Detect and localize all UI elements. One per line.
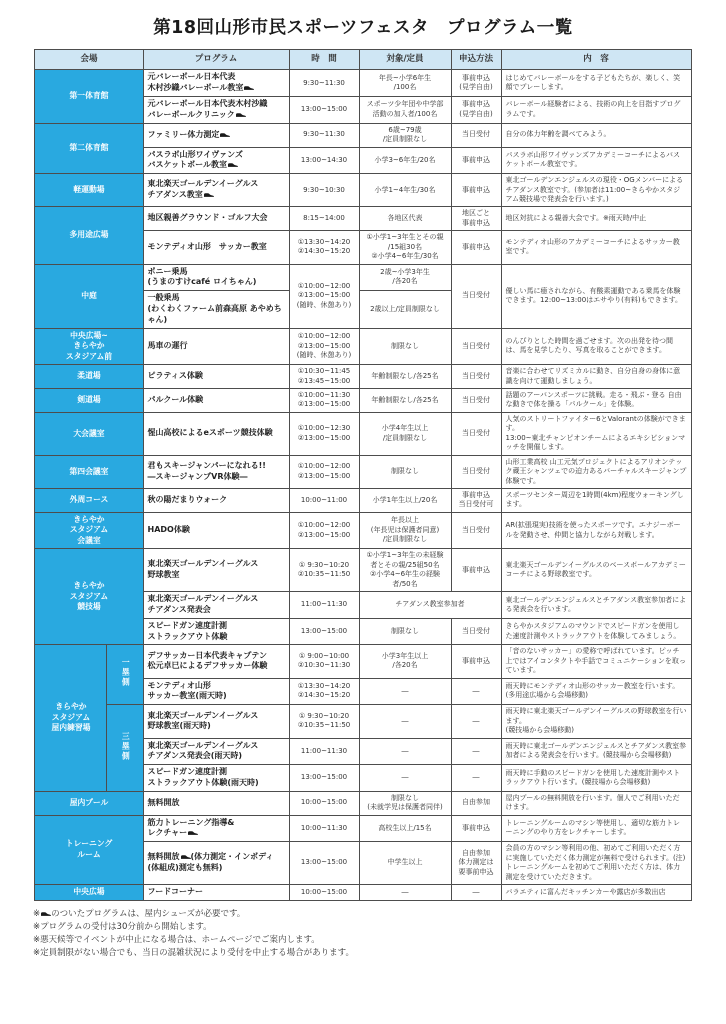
apply-cell: 当日受付 xyxy=(451,365,501,389)
target-cell: ― xyxy=(359,765,451,792)
column-header-1: プログラム xyxy=(143,50,289,70)
target-cell: 小学3年生以上/各20名 xyxy=(359,645,451,678)
program-cell: スピードガン速度計測ストラックアウト体験 xyxy=(143,618,289,645)
apply-cell: 事前申込(見学自由) xyxy=(451,97,501,124)
program-cell: ピラティス体験 xyxy=(143,365,289,389)
target-cell: 年長~小学6年生/100名 xyxy=(359,70,451,97)
time-cell: 11:00~11:30 xyxy=(289,738,359,765)
program-sheet: 第18回山形市民スポーツフェスタ プログラム一覧 会場プログラム時 間対象/定員… xyxy=(0,0,726,1024)
content-cell: 人気のストリートファイター6とValorantの体験ができます。13:00~東北… xyxy=(501,412,691,455)
venue-cell: 屋内プール xyxy=(35,791,143,815)
table-row: 中央広場~きらやかスタジアム前馬車の運行①10:00~12:00②13:00~1… xyxy=(35,328,691,365)
content-cell: 「音のないサッカー」の愛称で呼ばれています。ピッチ上ではアイコンタクトや手話でコ… xyxy=(501,645,691,678)
column-header-2: 時 間 xyxy=(289,50,359,70)
target-cell: 小学1年生以上/20名 xyxy=(359,488,451,512)
target-cell: 年齢制限なし/各25名 xyxy=(359,365,451,389)
content-cell: 東北楽天ゴールデンイーグルスのベースボールアカデミーコーチによる野球教室です。 xyxy=(501,549,691,592)
content-cell: 東北ゴールデンエンジェルスの現役・OGメンバーによるチアダンス教室です。(参加者… xyxy=(501,174,691,207)
time-cell: 8:15~14:00 xyxy=(289,207,359,231)
program-cell: 無料開放(体力測定・インボディ(体組成)測定も無料) xyxy=(143,842,289,885)
indoor-shoe-icon xyxy=(220,131,230,137)
venue-cell: きらやかスタジアム競技場 xyxy=(35,549,143,645)
sub-cell: 三塁側 xyxy=(107,705,143,792)
time-cell: 13:00~15:00 xyxy=(289,618,359,645)
program-cell: ファミリー体力測定 xyxy=(143,123,289,147)
apply-cell: 当日受付 xyxy=(451,412,501,455)
time-cell: 10:00~11:00 xyxy=(289,488,359,512)
program-cell: 筋力トレーニング指導&レクチャー xyxy=(143,815,289,842)
content-cell: AR(拡張現実)技術を使ったスポーツです。エナジーボールを発動させ、仲間と協力し… xyxy=(501,512,691,549)
content-cell: 山形工業高校 山工元気プロジェクトによるアリオンテック蔵王シャンツェでの迫力ある… xyxy=(501,455,691,488)
program-cell: フードコーナー xyxy=(143,884,289,900)
program-cell: 馬車の運行 xyxy=(143,328,289,365)
table-row: トレーニングルーム筋力トレーニング指導&レクチャー10:00~11:30高校生以… xyxy=(35,815,691,842)
target-cell: 制限なし(未就学児は保護者同伴) xyxy=(359,791,451,815)
target-cell: 年長以上(年長児は保護者同意)/定員制限なし xyxy=(359,512,451,549)
footnote-4: ※定員制限がない場合でも、当日の混雑状況により受付を中止する場合があります。 xyxy=(33,947,693,960)
content-cell: 雨天時に東北楽天ゴールデンイーグルスの野球教室を行います。(競技場から会場移動) xyxy=(501,705,691,738)
program-table: 会場プログラム時 間対象/定員申込方法内 容 第一体育館元バレーボール日本代表木… xyxy=(34,49,691,901)
time-cell: ①10:00~11:30②13:00~15:00 xyxy=(289,389,359,413)
program-cell: モンテディオ山形 サッカー教室 xyxy=(143,231,289,264)
table-row: 三塁側東北楽天ゴールデンイーグルス野球教室(雨天時)① 9:30~10:20②1… xyxy=(35,705,691,738)
target-cell: チアダンス教室参加者 xyxy=(359,592,501,619)
time-cell: 13:00~15:00 xyxy=(289,97,359,124)
venue-cell: 柔道場 xyxy=(35,365,143,389)
program-cell: モンテディオ山形サッカー教室(雨天時) xyxy=(143,678,289,705)
target-cell: 小学1~4年生/30名 xyxy=(359,174,451,207)
content-cell: 雨天時に東北ゴールデンエンジェルスとチアダンス教室参加者による発表会を行います。… xyxy=(501,738,691,765)
apply-cell: 事前申込 xyxy=(451,231,501,264)
time-cell: ①10:30~11:45②13:45~15:00 xyxy=(289,365,359,389)
apply-cell: 当日受付 xyxy=(451,328,501,365)
content-cell: 雨天時にモンテディオ山形のサッカー教室を行います。(多用途広場から会場移動) xyxy=(501,678,691,705)
apply-cell: 地区ごと事前申込 xyxy=(451,207,501,231)
time-cell: 11:00~11:30 xyxy=(289,592,359,619)
apply-cell: 当日受付 xyxy=(451,618,501,645)
table-row: 柔道場ピラティス体験①10:30~11:45②13:45~15:00年齢制限なし… xyxy=(35,365,691,389)
program-cell: 惺山高校によるeスポーツ競技体験 xyxy=(143,412,289,455)
program-cell: 秋の陽だまりウォーク xyxy=(143,488,289,512)
content-cell: バレーボール経験者による、技術の向上を目指すプログラムです。 xyxy=(501,97,691,124)
target-cell: ― xyxy=(359,884,451,900)
target-cell: 小学3~6年生/20名 xyxy=(359,147,451,174)
program-cell: スピードガン速度計測ストラックアウト体験(雨天時) xyxy=(143,765,289,792)
content-cell: のんびりとした時間を過ごせます。次の出発を待つ間は、馬を見学したり、写真を取るこ… xyxy=(501,328,691,365)
venue-cell: 第四会議室 xyxy=(35,455,143,488)
program-cell: 無料開放 xyxy=(143,791,289,815)
table-row: 中央広場フードコーナー10:00~15:00――バラエティに富んだキッチンカーや… xyxy=(35,884,691,900)
apply-cell: 当日受付 xyxy=(451,455,501,488)
venue-cell: 中央広場 xyxy=(35,884,143,900)
table-row: 第四会議室君もスキージャンパーになれる!!―スキージャンプVR体験―①10:00… xyxy=(35,455,691,488)
venue-cell: きらやかスタジアム会議室 xyxy=(35,512,143,549)
apply-cell: ― xyxy=(451,738,501,765)
indoor-shoe-icon xyxy=(181,853,191,859)
program-cell: HADO体験 xyxy=(143,512,289,549)
content-cell: 優しい馬に癒されながら、有酸素運動である乗馬を体験できます。12:00~13:0… xyxy=(501,264,691,328)
venue-cell: トレーニングルーム xyxy=(35,815,143,884)
table-row: 中庭ポニー乗馬(うまのすけcafé ロイちゃん)①10:00~12:00②13:… xyxy=(35,264,691,291)
content-cell: 地区対抗による親善大会です。※雨天時/中止 xyxy=(501,207,691,231)
content-cell: 東北ゴールデンエンジェルスとチアダンス教室参加者による発表会を行います。 xyxy=(501,592,691,619)
footnote-2: ※プログラムの受付は30分前から開始します。 xyxy=(33,921,693,934)
column-header-5: 内 容 xyxy=(501,50,691,70)
content-cell: 屋内プールの無料開放を行います。個人でご利用いただけます。 xyxy=(501,791,691,815)
time-cell: 9:30~11:30 xyxy=(289,123,359,147)
content-cell: 雨天時に手動のスピードガンを使用した速度計測やストラックアウト行います。(競技場… xyxy=(501,765,691,792)
venue-cell: 大会議室 xyxy=(35,412,143,455)
apply-cell: 自由参加 xyxy=(451,791,501,815)
content-cell: 自分の体力年齢を調べてみよう。 xyxy=(501,123,691,147)
sub-cell: 一塁側 xyxy=(107,645,143,705)
venue-cell: 多用途広場 xyxy=(35,207,143,264)
apply-cell: 当日受付 xyxy=(451,389,501,413)
apply-cell: 自由参加体力測定は要事前申込 xyxy=(451,842,501,885)
program-cell: 東北楽天ゴールデンイーグルスチアダンス教室 xyxy=(143,174,289,207)
time-cell: ① 9:30~10:20②10:35~11:50 xyxy=(289,549,359,592)
content-cell: トレーニングルームのマシン等使用し、適切な筋力トレーニングのやり方をレクチャーし… xyxy=(501,815,691,842)
venue-cell: きらやかスタジアム屋内練習場 xyxy=(35,645,107,791)
table-row: 屋内プール無料開放10:00~15:00制限なし(未就学児は保護者同伴)自由参加… xyxy=(35,791,691,815)
table-row: きらやかスタジアム屋内練習場一塁側デフサッカー日本代表キャプテン松元卓巳によるデ… xyxy=(35,645,691,678)
apply-cell: 事前申込 xyxy=(451,549,501,592)
time-cell: ①13:30~14:20②14:30~15:20 xyxy=(289,678,359,705)
venue-cell: 剣道場 xyxy=(35,389,143,413)
program-cell: 東北楽天ゴールデンイーグルス野球教室(雨天時) xyxy=(143,705,289,738)
target-cell: 6歳~79歳/定員制限なし xyxy=(359,123,451,147)
apply-cell: 事前申込 xyxy=(451,645,501,678)
time-cell: ① 9:30~10:20②10:35~11:50 xyxy=(289,705,359,738)
apply-cell: 当日受付 xyxy=(451,264,501,328)
time-cell: 9:30~11:30 xyxy=(289,70,359,97)
indoor-shoe-icon xyxy=(244,84,254,90)
indoor-shoe-icon xyxy=(204,191,214,197)
target-cell: ― xyxy=(359,738,451,765)
program-cell: 元バレーボール日本代表木村沙織バレーボールクリニック xyxy=(143,97,289,124)
time-cell: ①10:00~12:30②13:00~15:00 xyxy=(289,412,359,455)
time-cell: 9:30~10:30 xyxy=(289,174,359,207)
content-cell: 会員の方のマシン等利用の他、初めてご利用いただく方に実施していただく体力測定が無… xyxy=(501,842,691,885)
apply-cell: 事前申込当日受付可 xyxy=(451,488,501,512)
target-cell: 年齢制限なし/各25名 xyxy=(359,389,451,413)
program-cell: 君もスキージャンパーになれる!!―スキージャンプVR体験― xyxy=(143,455,289,488)
target-cell: 小学4年生以上/定員制限なし xyxy=(359,412,451,455)
target-cell: ①小学1~3年生の未経験者とその親/25組50名②小学4~6年生の経験者/50名 xyxy=(359,549,451,592)
target-cell: ― xyxy=(359,705,451,738)
time-cell: 10:00~15:00 xyxy=(289,791,359,815)
target-cell: スポーツ少年団や中学部活動の加入者/100名 xyxy=(359,97,451,124)
target-cell: 2歳以上/定員制限なし xyxy=(359,291,451,328)
table-row: 第一体育館元バレーボール日本代表木村沙織バレーボール教室9:30~11:30年長… xyxy=(35,70,691,97)
table-row: 外周コース秋の陽だまりウォーク10:00~11:00小学1年生以上/20名事前申… xyxy=(35,488,691,512)
table-row: 第二体育館ファミリー体力測定9:30~11:306歳~79歳/定員制限なし当日受… xyxy=(35,123,691,147)
target-cell: 制限なし xyxy=(359,455,451,488)
program-cell: 東北楽天ゴールデンイーグルスチアダンス発表会(雨天時) xyxy=(143,738,289,765)
time-cell: ①10:00~12:00②13:00~15:00(随時、休憩あり) xyxy=(289,328,359,365)
venue-cell: 外周コース xyxy=(35,488,143,512)
footnote-3: ※悪天候等でイベントが中止になる場合は、ホームページでご案内します。 xyxy=(33,934,693,947)
time-cell: 13:00~15:00 xyxy=(289,765,359,792)
apply-cell: ― xyxy=(451,705,501,738)
time-cell: ① 9:00~10:00②10:30~11:30 xyxy=(289,645,359,678)
apply-cell: ― xyxy=(451,678,501,705)
apply-cell: 事前申込 xyxy=(451,147,501,174)
time-cell: 10:00~11:30 xyxy=(289,815,359,842)
table-row: 大会議室惺山高校によるeスポーツ競技体験①10:00~12:30②13:00~1… xyxy=(35,412,691,455)
program-cell: ポニー乗馬(うまのすけcafé ロイちゃん) xyxy=(143,264,289,291)
target-cell: 高校生以上/15名 xyxy=(359,815,451,842)
program-cell: パルクール体験 xyxy=(143,389,289,413)
apply-cell: 当日受付 xyxy=(451,123,501,147)
time-cell: ①10:00~12:00②13:00~15:00 xyxy=(289,455,359,488)
content-cell: パスラボ山形ワイヴァンズアカデミーコーチによるバスケットボール教室です。 xyxy=(501,147,691,174)
table-row: 軽運動場東北楽天ゴールデンイーグルスチアダンス教室9:30~10:30小学1~4… xyxy=(35,174,691,207)
time-cell: ①10:00~12:00②13:00~15:00(随時、休憩あり) xyxy=(289,264,359,328)
target-cell: ― xyxy=(359,678,451,705)
venue-cell: 中央広場~きらやかスタジアム前 xyxy=(35,328,143,365)
table-row: 多用途広場地区親善グラウンド・ゴルフ大会8:15~14:00各地区代表地区ごと事… xyxy=(35,207,691,231)
program-cell: 東北楽天ゴールデンイーグルスチアダンス発表会 xyxy=(143,592,289,619)
apply-cell: 事前申込 xyxy=(451,815,501,842)
content-cell: はじめてバレーボールをする子どもたちが、楽しく、笑顔でプレーします。 xyxy=(501,70,691,97)
time-cell: 10:00~15:00 xyxy=(289,884,359,900)
table-row: きらやかスタジアム会議室HADO体験①10:00~12:00②13:00~15:… xyxy=(35,512,691,549)
target-cell: 制限なし xyxy=(359,618,451,645)
program-cell: 地区親善グラウンド・ゴルフ大会 xyxy=(143,207,289,231)
target-cell: 制限なし xyxy=(359,328,451,365)
table-row: きらやかスタジアム競技場東北楽天ゴールデンイーグルス野球教室① 9:30~10:… xyxy=(35,549,691,592)
program-cell: パスラボ山形ワイヴァンズバスケットボール教室 xyxy=(143,147,289,174)
content-cell: 音楽に合わせてリズミカルに動き、自分自身の身体に意識を向けて運動しましょう。 xyxy=(501,365,691,389)
venue-cell: 第一体育館 xyxy=(35,70,143,123)
apply-cell: 事前申込(見学自由) xyxy=(451,70,501,97)
table-row: 剣道場パルクール体験①10:00~11:30②13:00~15:00年齢制限なし… xyxy=(35,389,691,413)
indoor-shoe-icon xyxy=(188,829,198,835)
column-header-0: 会場 xyxy=(35,50,143,70)
target-cell: 中学生以上 xyxy=(359,842,451,885)
apply-cell: ― xyxy=(451,765,501,792)
indoor-shoe-icon xyxy=(228,161,238,167)
target-cell: ①小学1~3年生とその親/15組30名②小学4~6年生/30名 xyxy=(359,231,451,264)
program-cell: デフサッカー日本代表キャプテン松元卓巳によるデフサッカー体験 xyxy=(143,645,289,678)
content-cell: バラエティに富んだキッチンカーや露店が多数出店 xyxy=(501,884,691,900)
apply-cell: 当日受付 xyxy=(451,512,501,549)
time-cell: ①13:30~14:20②14:30~15:20 xyxy=(289,231,359,264)
time-cell: ①10:00~12:00②13:00~15:00 xyxy=(289,512,359,549)
page-title: 第18回山形市民スポーツフェスタ プログラム一覧 xyxy=(0,14,726,39)
program-cell: 東北楽天ゴールデンイーグルス野球教室 xyxy=(143,549,289,592)
table-header: 会場プログラム時 間対象/定員申込方法内 容 xyxy=(35,50,691,70)
venue-cell: 第二体育館 xyxy=(35,123,143,173)
content-cell: きらやかスタジアムのマウンドでスピードガンを使用した速度計測やストラックアウトを… xyxy=(501,618,691,645)
content-cell: モンテディオ山形のアカデミーコーチによるサッカー教室です。 xyxy=(501,231,691,264)
column-header-3: 対象/定員 xyxy=(359,50,451,70)
venue-cell: 中庭 xyxy=(35,264,143,328)
footnote-1: ※のついたプログラムは、屋内シューズが必要です。 xyxy=(33,908,693,921)
indoor-shoe-icon xyxy=(236,111,246,117)
content-cell: スポーツセンター周辺を1時間(4km)程度ウォーキングします。 xyxy=(501,488,691,512)
time-cell: 13:00~15:00 xyxy=(289,842,359,885)
apply-cell: 事前申込 xyxy=(451,174,501,207)
content-cell: 話題のアーバンスポーツに挑戦。走る・飛ぶ・登る 自由な動きで体を操る「パルクール… xyxy=(501,389,691,413)
venue-cell: 軽運動場 xyxy=(35,174,143,207)
column-header-4: 申込方法 xyxy=(451,50,501,70)
apply-cell: ― xyxy=(451,884,501,900)
indoor-shoe-icon xyxy=(41,910,51,916)
program-cell: 元バレーボール日本代表木村沙織バレーボール教室 xyxy=(143,70,289,97)
program-cell: 一般乗馬(わくわくファーム前森高原 あやめちゃん) xyxy=(143,291,289,328)
footnotes: ※のついたプログラムは、屋内シューズが必要です。※プログラムの受付は30分前から… xyxy=(33,908,693,961)
target-cell: 各地区代表 xyxy=(359,207,451,231)
target-cell: 2歳~小学3年生/各20名 xyxy=(359,264,451,291)
time-cell: 13:00~14:30 xyxy=(289,147,359,174)
